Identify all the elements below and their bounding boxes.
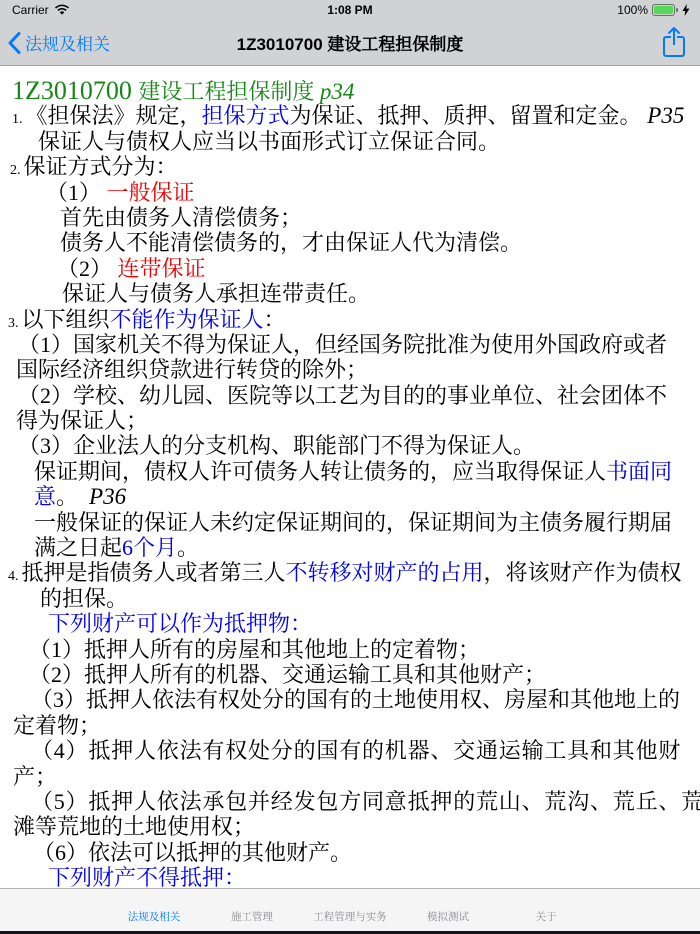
doc-segment: 1Z3010700	[12, 76, 138, 105]
doc-segment: 。	[177, 535, 199, 560]
doc-segment: （2）	[57, 256, 118, 281]
doc-segment: 得为保证人；	[16, 408, 148, 433]
doc-segment: 以下组织	[22, 307, 110, 332]
list-marker: 4.	[8, 569, 22, 584]
doc-line: 债务人不能清偿债务的，才由保证人代为清偿。	[0, 230, 700, 255]
doc-segment: 连带保证	[118, 256, 206, 281]
doc-segment: 国际经济组织贷款进行转贷的除外；	[16, 357, 368, 382]
doc-line: 得为保证人；	[0, 408, 700, 433]
doc-segment: （5）抵押人依法承包并经发包方同意抵押的荒山、荒沟、荒丘、荒	[31, 789, 700, 814]
doc-segment: （3）抵押人依法有权处分的国有的土地使用权、房屋和其他地上的	[31, 687, 680, 712]
doc-segment: （2）学校、幼儿园、医院等以工艺为目的的事业单位、社会团体不	[18, 383, 667, 408]
doc-segment: 不能作为保证人	[110, 307, 264, 332]
list-marker: 3.	[8, 316, 22, 331]
doc-segment: 保证人与债务人承担连带责任。	[62, 281, 370, 306]
doc-segment: 产；	[13, 764, 57, 789]
doc-segment: 。	[56, 484, 89, 509]
doc-segment: 保证人与债权人应当以书面形式订立保证合同。	[38, 129, 500, 154]
doc-segment: 抵押是指债务人或者第三人	[22, 560, 286, 585]
doc-line: 1Z3010700 建设工程担保制度 p34	[0, 78, 700, 103]
doc-line: （1）抵押人所有的房屋和其他地上的定着物；	[0, 637, 700, 662]
doc-segment: ：	[224, 865, 246, 888]
doc-line: 一般保证的保证人未约定保证期间的，保证期间为主债务履行期届	[0, 510, 700, 535]
doc-segment: 首先由债务人清偿债务；	[60, 205, 302, 230]
doc-segment: p34	[320, 79, 355, 104]
doc-line: 意。 P36	[0, 484, 700, 509]
tab-item-2[interactable]: 施工管理	[203, 889, 301, 931]
doc-segment: 下列财产可以作为抵押物	[48, 611, 290, 636]
doc-segment: 书面同	[606, 459, 672, 484]
document-scroll-view[interactable]: 1Z3010700 建设工程担保制度 p341.《担保法》规定，担保方式为保证、…	[0, 66, 700, 888]
back-button-label: 法规及相关	[25, 30, 110, 55]
share-button[interactable]	[662, 26, 686, 63]
wifi-icon	[54, 4, 70, 16]
charging-bolt-icon	[682, 4, 690, 16]
doc-segment: 建设工程担保制度	[138, 79, 320, 104]
list-marker: 2.	[10, 163, 24, 178]
doc-line: 保证人与债权人应当以书面形式订立保证合同。	[0, 129, 700, 154]
doc-segment: 定着物；	[13, 713, 101, 738]
doc-line: 下列财产可以作为抵押物：	[0, 611, 700, 636]
document-body: 1Z3010700 建设工程担保制度 p341.《担保法》规定，担保方式为保证、…	[0, 78, 700, 888]
doc-line: （4）抵押人依法有权处分的国有的机器、交通运输工具和其他财	[0, 738, 700, 763]
battery-icon	[652, 4, 678, 16]
doc-segment: 担保方式	[202, 103, 290, 128]
tab-bar: 法规及相关施工管理工程管理与实务模拟测试关于	[0, 888, 700, 934]
doc-segment: 债务人不能清偿债务的，才由保证人代为清偿。	[60, 230, 522, 255]
doc-line: 定着物；	[0, 713, 700, 738]
doc-line: 首先由债务人清偿债务；	[0, 205, 700, 230]
doc-line: 保证人与债务人承担连带责任。	[0, 281, 700, 306]
share-icon	[662, 26, 686, 58]
doc-line: 4.抵押是指债务人或者第三人不转移对财产的占用，将该财产作为债权	[0, 560, 700, 585]
doc-segment: 一般保证	[107, 180, 195, 205]
list-marker: 1.	[12, 112, 26, 127]
doc-line: （1） 一般保证	[0, 180, 700, 205]
doc-line: 满之日起6个月。	[0, 535, 700, 560]
doc-segment: 意	[34, 484, 56, 509]
doc-line: 国际经济组织贷款进行转贷的除外；	[0, 357, 700, 382]
doc-segment: （4）抵押人依法有权处分的国有的机器、交通运输工具和其他财	[31, 738, 681, 763]
doc-line: （2）抵押人所有的机器、交通运输工具和其他财产；	[0, 662, 700, 687]
doc-segment: ：	[290, 611, 312, 636]
carrier-label: Carrier	[12, 3, 49, 17]
doc-line: 的担保。	[0, 586, 700, 611]
doc-segment: 满之日起	[34, 535, 122, 560]
doc-line: （1）国家机关不得为保证人，但经国务院批准为使用外国政府或者	[0, 332, 700, 357]
back-chevron-icon	[8, 32, 21, 54]
doc-line: （2） 连带保证	[0, 256, 700, 281]
doc-segment: （6）依法可以抵押的其他财产。	[33, 840, 352, 865]
doc-segment: 一般保证的保证人未约定保证期间的，保证期间为主债务履行期届	[34, 510, 672, 535]
doc-line: 2.保证方式分为：	[0, 154, 700, 179]
doc-segment: （3）企业法人的分支机构、职能部门不得为保证人。	[18, 433, 535, 458]
doc-segment: （1）国家机关不得为保证人，但经国务院批准为使用外国政府或者	[18, 332, 667, 357]
status-right: 100%	[617, 3, 700, 17]
status-left: Carrier	[0, 3, 70, 17]
doc-line: 产；	[0, 764, 700, 789]
doc-line: （6）依法可以抵押的其他财产。	[0, 840, 700, 865]
clock-label: 1:08 PM	[0, 3, 700, 17]
doc-segment: 滩等荒地的土地使用权；	[13, 814, 255, 839]
doc-segment: （1）抵押人所有的房屋和其他地上的定着物；	[29, 637, 480, 662]
doc-segment: 保证方式分为：	[24, 154, 178, 179]
doc-segment: 6个月	[122, 535, 177, 560]
doc-segment: 下列财产不得抵押	[48, 865, 224, 888]
doc-segment: （1）	[46, 180, 107, 205]
doc-segment: P36	[89, 484, 126, 509]
tab-strip: 法规及相关施工管理工程管理与实务模拟测试关于	[105, 889, 595, 931]
doc-line: 保证期间，债权人许可债务人转让债务的，应当取得保证人书面同	[0, 459, 700, 484]
doc-line: （2）学校、幼儿园、医院等以工艺为目的的事业单位、社会团体不	[0, 383, 700, 408]
doc-line: 滩等荒地的土地使用权；	[0, 814, 700, 839]
doc-line: （3）企业法人的分支机构、职能部门不得为保证人。	[0, 433, 700, 458]
doc-line: 下列财产不得抵押：	[0, 865, 700, 888]
doc-line: 3.以下组织不能作为保证人：	[0, 307, 700, 332]
doc-segment: 《担保法》规定，	[26, 103, 202, 128]
doc-segment: 的担保。	[40, 586, 128, 611]
doc-segment: 保证期间，债权人许可债务人转让债务的，应当取得保证人	[34, 459, 606, 484]
doc-line: （5）抵押人依法承包并经发包方同意抵押的荒山、荒沟、荒丘、荒	[0, 789, 700, 814]
tab-item-3[interactable]: 工程管理与实务	[301, 889, 399, 931]
doc-segment: （2）抵押人所有的机器、交通运输工具和其他财产；	[29, 662, 546, 687]
tab-item-4[interactable]: 模拟测试	[399, 889, 497, 931]
tab-item-5[interactable]: 关于	[497, 889, 595, 931]
back-button[interactable]: 法规及相关	[8, 30, 110, 55]
doc-segment: 不转移对财产的占用	[286, 560, 484, 585]
tab-item-1[interactable]: 法规及相关	[105, 889, 203, 931]
doc-segment: ，将该财产作为债权	[484, 560, 682, 585]
doc-segment: P35	[642, 103, 685, 128]
doc-segment: ：	[264, 307, 286, 332]
doc-line: 1.《担保法》规定，担保方式为保证、抵押、质押、留置和定金。 P35	[0, 103, 700, 128]
doc-segment: 为保证、抵押、质押、留置和定金。	[290, 103, 642, 128]
nav-bar: 法规及相关 1Z3010700 建设工程担保制度	[0, 20, 700, 66]
doc-line: （3）抵押人依法有权处分的国有的土地使用权、房屋和其他地上的	[0, 687, 700, 712]
status-bar: Carrier 1:08 PM 100%	[0, 0, 700, 20]
battery-percent-label: 100%	[617, 3, 648, 17]
